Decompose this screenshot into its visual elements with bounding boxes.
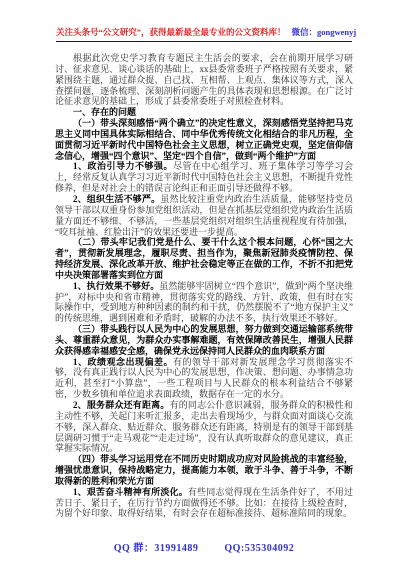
section-heading-4: （四）带头学习运用党在不同历史时期成功应对风险挑战的丰富经验，增强忧患意识，保持… bbox=[55, 454, 353, 487]
header-wechat-contact: 微信：gongwenyj bbox=[292, 27, 357, 37]
item-paragraph: 2、组织生活不够严。虽然比较注重党内政治生活质量，能够坚持党员领导干部以双重身份… bbox=[55, 194, 353, 237]
intro-paragraph: 根据此次党史学习教育专题民主生活会的要求，会在前期开展学习研讨、征求意见、谈心谈… bbox=[55, 53, 353, 107]
paragraph-lead: 2、组织生活不够严。 bbox=[73, 194, 160, 204]
heading-text: 一、存在的问题 bbox=[73, 107, 136, 117]
heading-text: （二）带头牢记我们党是什么、要干什么这个根本问题，心怀“国之大者”，贯彻新发展理… bbox=[55, 237, 353, 280]
section-heading-1: （一）带头深刻感悟“两个确立”的决定性意义，深刻感悟党坚持把马克思主义同中国具体… bbox=[55, 118, 353, 161]
paragraph-lead: 2、服务群众还有距离。 bbox=[73, 400, 170, 410]
paragraph-lead: 1、政治引导力不够强。 bbox=[73, 161, 173, 171]
item-paragraph: 1、政绩观念出现偏差。有的领导干部对新发展理念学习贯彻落实不够，没有真正践行以人… bbox=[55, 357, 353, 400]
item-paragraph: 1、政治引导力不够强。尽管在中心组学习、班子集体学习等学习会上，经常反复认真学习… bbox=[55, 161, 353, 194]
section-heading-3: （三）带头践行以人民为中心的发展思想，努力做到交通运输部系统带头、尊重群众意见，… bbox=[55, 324, 353, 357]
section-heading-2: （二）带头牢记我们党是什么、要干什么这个根本问题，心怀“国之大者”，贯彻新发展理… bbox=[55, 237, 353, 280]
item-paragraph: 1、艰苦奋斗精神有所淡化。有些同志觉得现在生活条件好了，不用过苦日子、紧日子，在… bbox=[55, 487, 353, 520]
paragraph-lead: 1、执行效果不够好。 bbox=[73, 281, 159, 291]
heading-existing-problems: 一、存在的问题 bbox=[55, 107, 353, 118]
document-body: 根据此次党史学习教育专题民主生活会的要求，会在前期开展学习研讨、征求意见、谈心谈… bbox=[0, 42, 408, 519]
qq-group-number: QQ 群：31991489 bbox=[114, 543, 199, 554]
heading-text: （三）带头践行以人民为中心的发展思想，努力做到交通运输部系统带头、尊重群众意见，… bbox=[55, 324, 353, 356]
item-paragraph: 2、服务群众还有距离。有的同志公仆意识减弱，服务群众的积极性和主动性不够，关起门… bbox=[55, 400, 353, 454]
paragraph-text: 根据此次党史学习教育专题民主生活会的要求，会在前期开展学习研讨、征求意见、谈心谈… bbox=[55, 53, 353, 106]
item-paragraph: 1、执行效果不够好。虽然能够牢固树立“四个意识”，做到“两个坚决维护”，对标中央… bbox=[55, 281, 353, 324]
paragraph-lead: 1、政绩观念出现偏差。 bbox=[73, 357, 173, 367]
document-page: 关注头条号“公文研究”，获得最新最全最专业的公文资料库！微信：gongwenyj… bbox=[0, 0, 408, 580]
footer-contact-bar: QQ 群：31991489QQ:535304092 bbox=[0, 539, 408, 580]
heading-text: （四）带头学习运用党在不同历史时期成功应对风险挑战的丰富经验，增强忧患意识，保持… bbox=[55, 454, 353, 486]
header-promo-text: 关注头条号“公文研究”，获得最新最全最专业的公文资料库！ bbox=[56, 27, 286, 37]
header-promo-banner: 关注头条号“公文研究”，获得最新最全最专业的公文资料库！微信：gongwenyj bbox=[56, 26, 352, 42]
qq-number: QQ:535304092 bbox=[224, 543, 294, 554]
paragraph-lead: 1、艰苦奋斗精神有所淡化。 bbox=[73, 487, 188, 497]
heading-text: （一）带头深刻感悟“两个确立”的决定性意义，深刻感悟党坚持把马克思主义同中国具体… bbox=[55, 118, 353, 161]
